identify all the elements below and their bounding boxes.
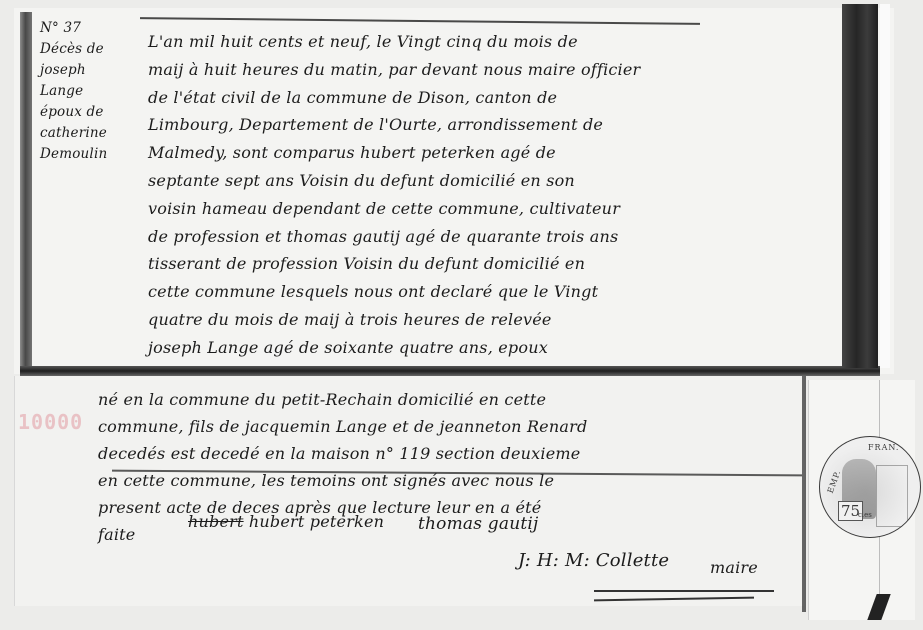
mayor-title: maire	[710, 558, 758, 577]
stamp-unit: c.es	[858, 511, 872, 519]
text-line: Limbourg, Departement de l'Ourte, arrond…	[148, 111, 848, 139]
text-line: de profession et thomas gautij agé de qu…	[148, 223, 848, 251]
red-number-mark: 10000	[18, 410, 83, 434]
text-line: septante sept ans Voisin du defunt domic…	[148, 167, 848, 195]
fiscal-stamp: FRAN. EMP. 75 c.es	[819, 436, 921, 538]
text-line: quatre du mois de maij à trois heures de…	[148, 306, 848, 334]
signature-witness-2: thomas gautij	[418, 514, 539, 534]
text-line: né en la commune du petit-Rechain domici…	[98, 386, 798, 413]
signature-mayor: J: H: M: Collette	[518, 550, 669, 571]
witness-1-name: hubert peterken	[249, 512, 384, 531]
top-ruled-line	[140, 17, 700, 25]
text-line: joseph Lange agé de soixante quatre ans,…	[148, 334, 848, 362]
signature-witness-1: hubert hubert peterken	[188, 512, 384, 531]
margin-note-line: époux de	[40, 102, 150, 123]
bottom-copy-border	[20, 366, 880, 376]
text-line: L'an mil huit cents et neuf, le Vingt ci…	[148, 28, 848, 56]
signature-underline	[594, 597, 754, 601]
top-document-fragment: N° 37 Décès de joseph Lange époux de cat…	[14, 8, 894, 374]
struck-out-word: hubert	[188, 512, 244, 531]
fragment-right-edge	[802, 376, 806, 612]
main-record-text: L'an mil huit cents et neuf, le Vingt ci…	[148, 28, 848, 389]
text-line: Malmedy, sont comparus hubert peterken a…	[148, 139, 848, 167]
margin-note-line: N° 37	[40, 18, 150, 39]
text-line: cette commune lesquels nous ont declaré …	[148, 278, 848, 306]
signature-block: hubert hubert peterken thomas gautij J: …	[88, 510, 808, 600]
bottom-document-fragment: 10000 né en la commune du petit-Rechain …	[14, 376, 804, 606]
right-dark-copy-band	[842, 4, 878, 368]
stamp-top-text: FRAN.	[868, 443, 899, 452]
stamp-left-text: EMP.	[826, 469, 843, 495]
right-paper-edge	[880, 4, 890, 368]
text-line: commune, fils de jacquemin Lange et de j…	[98, 413, 798, 440]
text-line: tisserant de profession Voisin du defunt…	[148, 250, 848, 278]
stamp-tablet-icon	[876, 465, 908, 527]
stamp-panel: FRAN. EMP. 75 c.es	[808, 380, 915, 620]
text-line: decedés est decedé en la maison n° 119 s…	[98, 440, 798, 467]
signature-underline	[594, 590, 774, 592]
text-line: maij à huit heures du matin, par devant …	[148, 56, 848, 84]
text-line: de l'état civil de la commune de Dison, …	[148, 84, 848, 112]
margin-note-line: joseph	[40, 60, 150, 81]
margin-note-line: Décès de	[40, 39, 150, 60]
text-line: voisin hameau dependant de cette commune…	[148, 195, 848, 223]
margin-note-line: catherine	[40, 123, 150, 144]
fragment-edge	[14, 376, 15, 606]
margin-note-line: Lange	[40, 81, 150, 102]
margin-note: N° 37 Décès de joseph Lange époux de cat…	[40, 18, 150, 165]
left-copy-border	[20, 12, 32, 374]
margin-note-line: Demoulin	[40, 144, 150, 165]
